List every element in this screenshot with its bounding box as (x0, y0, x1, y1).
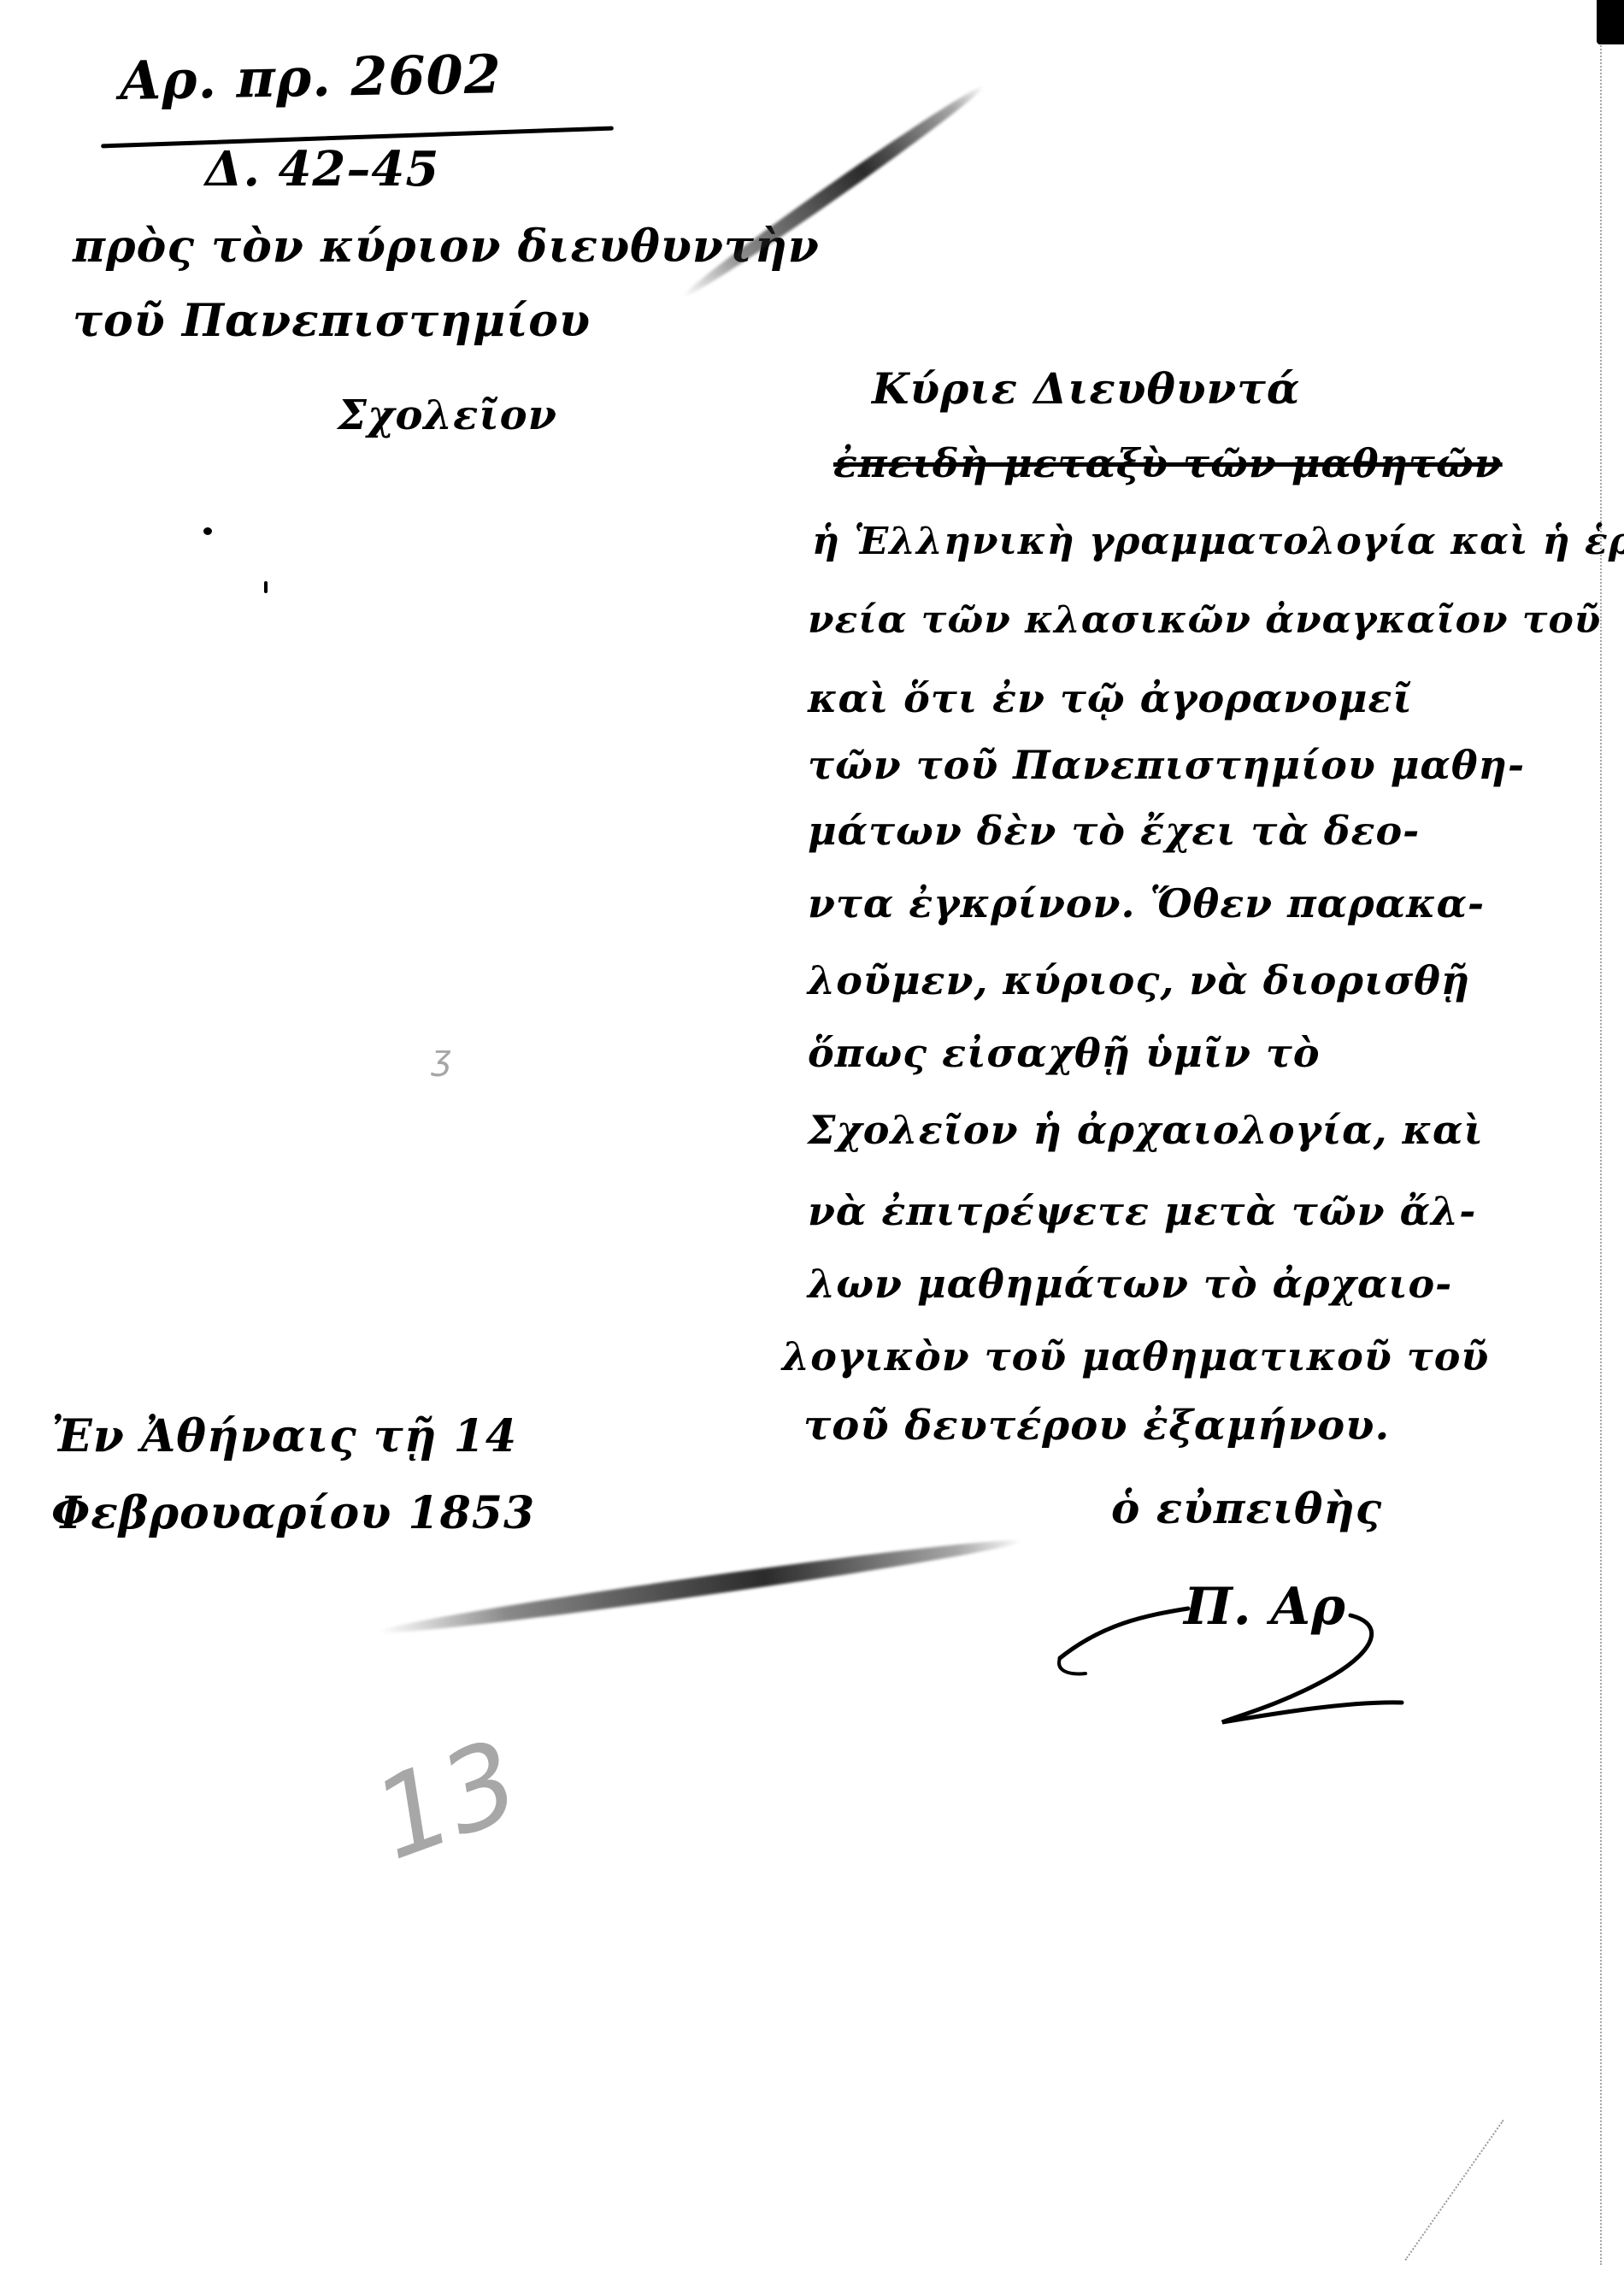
body-line: λοῦμεν, κύριος, νὰ διορισθῇ (808, 957, 1470, 1003)
body-line: Σχολεῖον ἡ ἀρχαιολογία, καὶ (808, 1107, 1484, 1153)
scan-page-edge (1600, 43, 1602, 2265)
body-line: λων μαθημάτων τὸ ἀρχαιο- (808, 1261, 1452, 1307)
body-line: νεία τῶν κλασικῶν ἀναγκαῖον τοῦ (808, 598, 1601, 642)
reference-number: Αρ. πρ. 2602 (119, 43, 502, 112)
ink-speck (203, 527, 212, 535)
scan-corner-shadow (1597, 0, 1624, 44)
body-line: λογικὸν τοῦ μαθηματικοῦ τοῦ (782, 1333, 1489, 1379)
body-line: καὶ ὅτι ἐν τῷ ἀγορανομεῖ (808, 675, 1413, 721)
body-line: μάτων δὲν τὸ ἔχει τὰ δεο- (808, 808, 1420, 854)
body-line-struck: ἐπειδὴ μεταξὺ τῶν μαθητῶν (833, 440, 1503, 486)
body-line: ὅπως εἰσαχθῇ ὑμῖν τὸ (808, 1030, 1321, 1076)
addressee-line-3: Σχολεῖον (338, 391, 557, 439)
dateline-place: Ἐν Ἀθήναις τῇ 14 (51, 1410, 517, 1462)
closing: ὁ εὐπειθὴς (1111, 1483, 1382, 1533)
pencil-smudge-bottom (378, 1532, 1024, 1641)
salutation: Κύριε Διευθυντά (872, 363, 1300, 414)
addressee-line-2: τοῦ Πανεπιστημίου (73, 295, 591, 347)
body-line: νὰ ἐπιτρέψετε μετὰ τῶν ἄλ- (808, 1188, 1476, 1234)
document-page: Αρ. πρ. 2602 Δ. 42–45 πρὸς τὸν κύριον δι… (0, 0, 1624, 2294)
body-line: τοῦ δευτέρου ἐξαμήνου. (803, 1402, 1390, 1450)
addressee-line-1: πρὸς τὸν κύριον διευθυντὴν (73, 221, 820, 273)
faint-scan-stroke (1404, 2120, 1505, 2262)
pencil-note-bottom: 13 (358, 1715, 535, 1885)
pencil-mark-left: ʒ (432, 1038, 451, 1078)
body-line: ντα ἐγκρίνον. Ὅθεν παρακα- (808, 880, 1485, 926)
reference-sub: Δ. 42–45 (205, 141, 439, 197)
dateline-date: Φεβρουαρίου 1853 (51, 1487, 535, 1539)
pencil-smudge-top (679, 79, 989, 303)
body-line: ἡ Ἑλληνικὴ γραμματολογία καὶ ἡ ἑρμη- (812, 520, 1624, 563)
body-line: τῶν τοῦ Πανεπιστημίου μαθη- (808, 742, 1525, 788)
ink-speck (264, 581, 268, 593)
signature-flourish (1051, 1590, 1462, 1735)
